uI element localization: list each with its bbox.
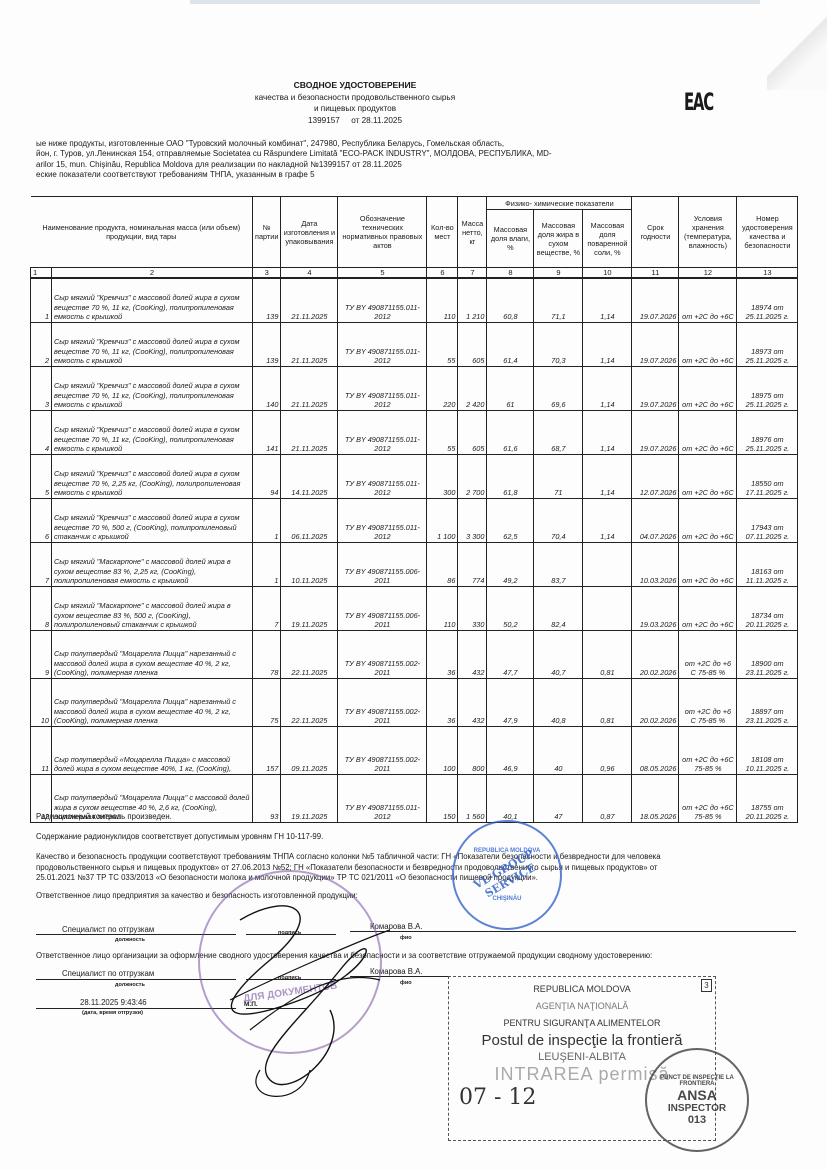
storage-conditions: от +2С до +6 С 75-85 % xyxy=(679,679,737,727)
storage-conditions: от +2С до +6С 75-85 % xyxy=(679,727,737,775)
table-row: 9Сыр полутвердый "Моцарелла Пицца" нарез… xyxy=(31,631,798,679)
technical-standard: ТУ BY 490871155.011-2012 xyxy=(338,367,427,411)
moisture-fraction: 61,6 xyxy=(487,411,534,455)
production-date: 21.11.2025 xyxy=(281,367,338,411)
page-fold xyxy=(767,0,827,90)
moisture-fraction: 47,7 xyxy=(487,631,534,679)
fat-fraction: 71 xyxy=(534,455,583,499)
document-date: от 28.11.2025 xyxy=(351,116,402,125)
factory-seal-text: ДЛЯ ДОКУМЕНТОВ xyxy=(242,980,337,1004)
header-qty: Кол-во мест xyxy=(427,197,458,268)
production-date: 22.11.2025 xyxy=(281,679,338,727)
certificate-number: 18108 от 10.11.2025 г. xyxy=(737,727,798,775)
certificate-number: 18550 от 17.11.2025 г. xyxy=(737,455,798,499)
row-index: 4 xyxy=(31,411,52,455)
header-mass: Масса нетто, кг xyxy=(458,197,487,268)
places-count: 300 xyxy=(427,455,458,499)
document-header: СВОДНОЕ УДОСТОВЕРЕНИЕ качества и безопас… xyxy=(200,80,510,126)
moisture-fraction: 62,5 xyxy=(487,499,534,543)
inspector-agency: ANSA xyxy=(677,1087,717,1103)
column-number: 6 xyxy=(427,268,458,279)
fat-fraction: 82,4 xyxy=(534,587,583,631)
moisture-fraction: 49,2 xyxy=(487,543,534,587)
inspector-role: INSPECTOR xyxy=(668,1103,726,1114)
batch-number: 139 xyxy=(253,323,281,367)
production-date: 21.11.2025 xyxy=(281,278,338,323)
table-row: 3Сыр мягкий "Кремчиз" с массовой долей ж… xyxy=(31,367,798,411)
product-name: Сыр мягкий "Кремчиз" с массовой долей жи… xyxy=(52,367,253,411)
salt-fraction: 0,96 xyxy=(583,727,632,775)
column-number: 1 xyxy=(31,268,52,279)
signature-position-1: Специалист по отгрузкам xyxy=(62,925,154,934)
fat-fraction: 40,8 xyxy=(534,679,583,727)
certificate-number: 18897 от 23.11.2025 г. xyxy=(737,679,798,727)
batch-number: 78 xyxy=(253,631,281,679)
intro-line: еские показатели соответствуют требовани… xyxy=(36,170,696,180)
header-fat: Массовая доля жира в сухом веществе, % xyxy=(534,210,583,268)
table-row: 7Сыр мягкий "Маскарпоне" с массовой доле… xyxy=(31,543,798,587)
column-number: 12 xyxy=(679,268,737,279)
shipment-datetime: 28.11.2025 9:43:46 xyxy=(80,998,147,1007)
production-date: 09.11.2025 xyxy=(281,727,338,775)
fat-fraction: 71,1 xyxy=(534,278,583,323)
storage-conditions: от +2С до +6 С 75-85 % xyxy=(679,631,737,679)
shelf-life-date: 19.07.2026 xyxy=(632,278,679,323)
header-name: Наименование продукта, номинальная масса… xyxy=(31,197,253,268)
table-row: 8Сыр мягкий "Маскарпоне" с массовой доле… xyxy=(31,587,798,631)
header-batch: № партии xyxy=(253,197,281,268)
shelf-life-date: 19.07.2026 xyxy=(632,367,679,411)
shelf-life-date: 10.03.2026 xyxy=(632,543,679,587)
net-mass: 605 xyxy=(458,411,487,455)
production-date: 22.11.2025 xyxy=(281,631,338,679)
places-count: 55 xyxy=(427,323,458,367)
technical-standard: ТУ BY 490871155.006-2011 xyxy=(338,543,427,587)
compliance-note: Качество и безопасность продукции соотве… xyxy=(36,852,696,883)
fat-fraction: 40,7 xyxy=(534,631,583,679)
row-index: 10 xyxy=(31,679,52,727)
batch-number: 157 xyxy=(253,727,281,775)
fat-fraction: 69,6 xyxy=(534,367,583,411)
technical-standard: ТУ BY 490871155.002-2011 xyxy=(338,679,427,727)
technical-standard: ТУ BY 490871155.011-2012 xyxy=(338,411,427,455)
stamp-line: Postul de inspecţie la frontieră xyxy=(449,1032,715,1049)
shelf-life-date: 12.07.2026 xyxy=(632,455,679,499)
inspector-ring-text: PUNCT DE INSPECŢIE LA FRONTIERĂ xyxy=(647,1075,747,1087)
table-row: 1Сыр мягкий "Кремчиз" с массовой долей ж… xyxy=(31,278,798,323)
batch-number: 7 xyxy=(253,587,281,631)
row-index: 5 xyxy=(31,455,52,499)
table-row: 11Сыр полутвердый «Моцарелла Пицца» с ма… xyxy=(31,727,798,775)
scan-edge xyxy=(190,0,760,4)
products-table: Наименование продукта, номинальная масса… xyxy=(30,196,798,823)
radiation-note: Радиационный контроль произведен. xyxy=(36,812,696,822)
column-number: 13 xyxy=(737,268,798,279)
net-mass: 432 xyxy=(458,679,487,727)
net-mass: 1 210 xyxy=(458,278,487,323)
places-count: 36 xyxy=(427,679,458,727)
stamp-line: REPUBLICA MOLDOVA xyxy=(449,981,715,998)
certificate-number: 18973 от 25.11.2025 г. xyxy=(737,323,798,367)
header-date: Дата изготовления и упаковывания xyxy=(281,197,338,268)
places-count: 110 xyxy=(427,587,458,631)
shelf-life-date: 08.05.2026 xyxy=(632,727,679,775)
shelf-life-date: 20.02.2026 xyxy=(632,679,679,727)
product-name: Сыр мягкий "Кремчиз" с массовой долей жи… xyxy=(52,411,253,455)
certificate-number: 18734 от 20.11.2025 г. xyxy=(737,587,798,631)
column-number: 5 xyxy=(338,268,427,279)
moisture-fraction: 61,8 xyxy=(487,455,534,499)
batch-number: 141 xyxy=(253,411,281,455)
production-date: 19.11.2025 xyxy=(281,587,338,631)
fat-fraction: 70,4 xyxy=(534,499,583,543)
intro-line: ые ниже продукты, изготовленные ОАО "Тур… xyxy=(36,139,696,149)
table-row: 10Сыр полутвердый "Моцарелла Пицца" наре… xyxy=(31,679,798,727)
row-index: 1 xyxy=(31,278,52,323)
datetime-caption: (дата, время отгрузки) xyxy=(82,1010,143,1016)
moisture-fraction: 50,2 xyxy=(487,587,534,631)
batch-number: 139 xyxy=(253,278,281,323)
stamp-line: AGENŢIA NAŢIONALĂ xyxy=(449,998,715,1015)
moisture-fraction: 46,9 xyxy=(487,727,534,775)
moisture-fraction: 61,4 xyxy=(487,323,534,367)
fat-fraction: 40 xyxy=(534,727,583,775)
net-mass: 2 420 xyxy=(458,367,487,411)
storage-conditions: от +2С до +6С xyxy=(679,499,737,543)
certificate-number: 18900 от 23.11.2025 г. xyxy=(737,631,798,679)
production-date: 14.11.2025 xyxy=(281,455,338,499)
product-name: Сыр полутвердый "Моцарелла Пицца" нареза… xyxy=(52,679,253,727)
technical-standard: ТУ BY 490871155.002-2011 xyxy=(338,727,427,775)
places-count: 110 xyxy=(427,278,458,323)
shelf-life-date: 04.07.2026 xyxy=(632,499,679,543)
header-salt: Массовая доля поваренной соли, % xyxy=(583,210,632,268)
product-name: Сыр мягкий "Кремчиз" с массовой долей жи… xyxy=(52,323,253,367)
places-count: 1 100 xyxy=(427,499,458,543)
net-mass: 774 xyxy=(458,543,487,587)
technical-standard: ТУ BY 490871155.011-2012 xyxy=(338,323,427,367)
salt-fraction: 0,81 xyxy=(583,631,632,679)
shelf-life-date: 19.03.2026 xyxy=(632,587,679,631)
column-number: 8 xyxy=(487,268,534,279)
storage-conditions: от +2С до +6С xyxy=(679,278,737,323)
places-count: 86 xyxy=(427,543,458,587)
column-number: 10 xyxy=(583,268,632,279)
product-name: Сыр мягкий "Маскарпоне" с массовой долей… xyxy=(52,543,253,587)
row-index: 9 xyxy=(31,631,52,679)
net-mass: 330 xyxy=(458,587,487,631)
column-number: 11 xyxy=(632,268,679,279)
certificate-number: 18755 от 20.11.2025 г. xyxy=(737,775,798,823)
product-name: Сыр мягкий "Маскарпоне" с массовой долей… xyxy=(52,587,253,631)
row-index: 2 xyxy=(31,323,52,367)
document-number: 1399157 xyxy=(308,116,340,125)
moisture-fraction: 47,9 xyxy=(487,679,534,727)
product-name: Сыр полутвердый "Моцарелла Пицца" нареза… xyxy=(52,631,253,679)
header-storage: Условия хранения (температура, влажность… xyxy=(679,197,737,268)
intro-line: arilor 15, mun. Chişinău, Republica Mold… xyxy=(36,160,696,170)
batch-number: 75 xyxy=(253,679,281,727)
salt-fraction xyxy=(583,587,632,631)
stamp-number: 3 xyxy=(701,979,712,992)
column-number: 4 xyxy=(281,268,338,279)
stamp-line: PENTRU SIGURANŢA ALIMENTELOR xyxy=(449,1015,715,1032)
storage-conditions: от +2С до +6С xyxy=(679,411,737,455)
name-line-1 xyxy=(350,931,796,932)
production-date: 21.11.2025 xyxy=(281,323,338,367)
row-index: 6 xyxy=(31,499,52,543)
batch-number: 1 xyxy=(253,499,281,543)
places-count: 100 xyxy=(427,727,458,775)
places-count: 55 xyxy=(427,411,458,455)
product-name: Сыр мягкий "Кремчиз" с массовой долей жи… xyxy=(52,499,253,543)
moisture-fraction: 60,8 xyxy=(487,278,534,323)
salt-fraction xyxy=(583,543,632,587)
table-row: 5Сыр мягкий "Кремчиз" с массовой долей ж… xyxy=(31,455,798,499)
shelf-life-date: 19.07.2026 xyxy=(632,323,679,367)
column-number: 9 xyxy=(534,268,583,279)
net-mass: 3 300 xyxy=(458,499,487,543)
factory-seal-stamp: ДЛЯ ДОКУМЕНТОВ xyxy=(198,870,382,1054)
signature-position-2: Специалист по отгрузкам xyxy=(62,969,154,978)
name-caption-1: фио xyxy=(400,935,412,941)
document-number-line: 1399157 от 28.11.2025 xyxy=(200,115,510,127)
table-row: 6Сыр мягкий "Кремчиз" с массовой долей ж… xyxy=(31,499,798,543)
storage-conditions: от +2С до +6С xyxy=(679,543,737,587)
radionuclides-note: Содержание радионуклидов соответствует д… xyxy=(36,832,696,842)
column-number: 2 xyxy=(52,268,253,279)
document-title: СВОДНОЕ УДОСТОВЕРЕНИЕ xyxy=(200,80,510,92)
certificate-number: 18163 от 11.11.2025 г. xyxy=(737,543,798,587)
salt-fraction: 1,14 xyxy=(583,455,632,499)
moisture-fraction: 61 xyxy=(487,367,534,411)
net-mass: 800 xyxy=(458,727,487,775)
production-date: 10.11.2025 xyxy=(281,543,338,587)
fat-fraction: 70,3 xyxy=(534,323,583,367)
storage-conditions: от +2С до +6С xyxy=(679,323,737,367)
document-subtitle-2: и пищевых продуктов xyxy=(200,103,510,115)
technical-standard: ТУ BY 490871155.011-2012 xyxy=(338,455,427,499)
technical-standard: ТУ BY 490871155.006-2011 xyxy=(338,587,427,631)
row-index: 8 xyxy=(31,587,52,631)
responsible-enterprise-label: Ответственное лицо предприятия за качест… xyxy=(36,891,696,901)
company-seal-stamp: REPUBLICA MOLDOVA VL-GROUP SERVICE CHIŞI… xyxy=(452,820,562,930)
net-mass: 432 xyxy=(458,631,487,679)
storage-conditions: от +2С до +6С xyxy=(679,455,737,499)
shelf-life-date: 19.07.2026 xyxy=(632,411,679,455)
product-name: Сыр мягкий "Кремчиз" с массовой долей жи… xyxy=(52,278,253,323)
intro-line: йон, г. Туров, ул.Ленинская 154, отправл… xyxy=(36,149,696,159)
datetime-line xyxy=(36,1008,236,1009)
fat-fraction: 68,7 xyxy=(534,411,583,455)
batch-number: 94 xyxy=(253,455,281,499)
production-date: 21.11.2025 xyxy=(281,411,338,455)
certificate-number: 18976 от 25.11.2025 г. xyxy=(737,411,798,455)
places-count: 36 xyxy=(427,631,458,679)
salt-fraction: 1,14 xyxy=(583,499,632,543)
inspector-number: 013 xyxy=(688,1114,706,1126)
technical-standard: ТУ BY 490871155.002-2011 xyxy=(338,631,427,679)
technical-standard: ТУ BY 490871155.011-2012 xyxy=(338,278,427,323)
column-numbers-row: 1 2 3 4 5 6 7 8 9 10 11 12 13 xyxy=(31,268,798,279)
salt-fraction: 0,81 xyxy=(583,679,632,727)
salt-fraction: 1,14 xyxy=(583,411,632,455)
technical-standard: ТУ BY 490871155.011-2012 xyxy=(338,499,427,543)
salt-fraction: 1,14 xyxy=(583,323,632,367)
company-seal-city: CHIŞINĂU xyxy=(492,896,521,902)
position-caption-1: должность xyxy=(115,937,145,943)
header-physchem: Физико- химические показатели xyxy=(487,197,632,210)
batch-number: 1 xyxy=(253,543,281,587)
product-name: Сыр мягкий "Кремчиз" с массовой долей жи… xyxy=(52,455,253,499)
signature-name-1: Комарова В.А. xyxy=(370,922,423,931)
salt-fraction: 1,14 xyxy=(583,367,632,411)
net-mass: 2 700 xyxy=(458,455,487,499)
eac-mark-icon: EAC xyxy=(684,88,713,116)
certificate-number: 17943 от 07.11.2025 г. xyxy=(737,499,798,543)
header-standard: Обозначение технических нормативных прав… xyxy=(338,197,427,268)
product-name: Сыр полутвердый «Моцарелла Пицца» с масс… xyxy=(52,727,253,775)
row-index: 11 xyxy=(31,727,52,775)
table-row: 4Сыр мягкий "Кремчиз" с массовой долей ж… xyxy=(31,411,798,455)
table-row: 2Сыр мягкий "Кремчиз" с массовой долей ж… xyxy=(31,323,798,367)
row-index: 3 xyxy=(31,367,52,411)
responsible-org-label: Ответственное лицо организации за оформл… xyxy=(36,951,736,960)
column-number: 7 xyxy=(458,268,487,279)
storage-conditions: от +2С до +6С xyxy=(679,587,737,631)
batch-number: 140 xyxy=(253,367,281,411)
salt-fraction: 1,14 xyxy=(583,278,632,323)
notes-section: Радиационный контроль произведен. Содерж… xyxy=(36,812,696,911)
certificate-number: 18974 от 25.11.2025 г. xyxy=(737,278,798,323)
places-count: 220 xyxy=(427,367,458,411)
net-mass: 605 xyxy=(458,323,487,367)
shelf-life-date: 20.02.2026 xyxy=(632,631,679,679)
header-moisture: Массовая доля влаги, % xyxy=(487,210,534,268)
column-number: 3 xyxy=(253,268,281,279)
header-shelf-life: Срок годности xyxy=(632,197,679,268)
name-caption-2: фио xyxy=(400,980,412,986)
header-certificate: Номер удостоверения качества и безопасно… xyxy=(737,197,798,268)
row-index: 7 xyxy=(31,543,52,587)
storage-conditions: от +2С до +6С xyxy=(679,367,737,411)
intro-text: ые ниже продукты, изготовленные ОАО "Тур… xyxy=(36,139,696,181)
production-date: 06.11.2025 xyxy=(281,499,338,543)
inspector-stamp: PUNCT DE INSPECŢIE LA FRONTIERĂ ANSA INS… xyxy=(645,1048,749,1152)
certificate-number: 18975 от 25.11.2025 г. xyxy=(737,367,798,411)
fat-fraction: 83,7 xyxy=(534,543,583,587)
position-caption-2: должность xyxy=(115,982,145,988)
document-subtitle-1: качества и безопасности продовольственно… xyxy=(200,92,510,104)
